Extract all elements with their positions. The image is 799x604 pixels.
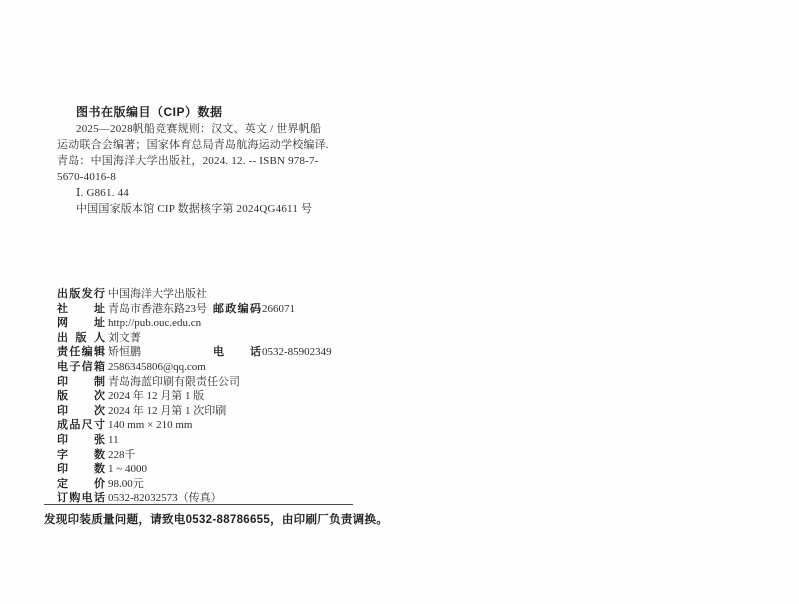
- colophon-value: 刘文菁: [108, 331, 141, 346]
- colophon-row: 印制青岛海蓝印刷有限责任公司: [57, 375, 437, 390]
- colophon-value: 1 ~ 4000: [108, 462, 147, 477]
- colophon-label: 版次: [57, 389, 105, 404]
- divider-rule: [44, 504, 353, 505]
- colophon-row: 网址http://pub.ouc.edu.cn: [57, 316, 437, 331]
- colophon-value: 2024 年 12 月第 1 版: [108, 389, 204, 404]
- colophon-value: 228千: [108, 448, 136, 463]
- colophon-value: 青岛海蓝印刷有限责任公司: [108, 375, 240, 390]
- colophon-value: 青岛市香港东路23号: [108, 302, 207, 317]
- colophon-label: 出版发行: [57, 287, 105, 302]
- cip-title: 图书在版编目（CIP）数据: [76, 103, 417, 121]
- colophon-label: 印制: [57, 375, 105, 390]
- colophon-row: 字数228千: [57, 448, 437, 463]
- colophon-row: 印数1 ~ 4000: [57, 462, 437, 477]
- colophon-label: 印张: [57, 433, 105, 448]
- cip-data-block: 图书在版编目（CIP）数据 2025—2028帆船竞赛规则：汉文、英文 / 世界…: [57, 103, 417, 217]
- colophon-row: 印次2024 年 12 月第 1 次印刷: [57, 404, 437, 419]
- colophon-row: 出版人刘文菁: [57, 331, 437, 346]
- colophon-row: 责任编辑矫恒鹏 电话 0532-85902349: [57, 345, 437, 360]
- colophon-value: 2586345806@qq.com: [108, 360, 206, 375]
- cip-line: 5670-4016-8: [57, 169, 417, 185]
- colophon-label: 电子信箱: [57, 360, 105, 375]
- colophon-row: 出版发行中国海洋大学出版社: [57, 287, 437, 302]
- quality-notice: 发现印装质量问题，请致电0532-88786655，由印刷厂负责调换。: [44, 513, 388, 528]
- copyright-page: 图书在版编目（CIP）数据 2025—2028帆船竞赛规则：汉文、英文 / 世界…: [0, 0, 799, 604]
- colophon-label: 定价: [57, 477, 105, 492]
- colophon-label: 责任编辑: [57, 345, 105, 360]
- colophon-row: 成品尺寸140 mm × 210 mm: [57, 418, 437, 433]
- colophon-value: 98.00元: [108, 477, 144, 492]
- colophon-block: 出版发行中国海洋大学出版社 社址青岛市香港东路23号 邮政编码 266071 网…: [57, 287, 437, 506]
- colophon-label: 出版人: [57, 331, 105, 346]
- colophon-label-2: 电话: [213, 345, 261, 360]
- colophon-value-2: 0532-85902349: [262, 345, 332, 360]
- colophon-label: 网址: [57, 316, 105, 331]
- colophon-row: 社址青岛市香港东路23号 邮政编码 266071: [57, 302, 437, 317]
- cip-line: 运动联合会编著；国家体育总局青岛航海运动学校编译.: [57, 137, 417, 153]
- cip-paragraph: 2025—2028帆船竞赛规则：汉文、英文 / 世界帆船运动联合会编著；国家体育…: [57, 121, 417, 217]
- colophon-row: 印张11: [57, 433, 437, 448]
- colophon-row: 定价98.00元: [57, 477, 437, 492]
- colophon-value-2: 266071: [262, 302, 295, 317]
- cip-line: 中国国家版本馆 CIP 数据核字第 2024QG4611 号: [57, 201, 417, 217]
- colophon-row: 版次2024 年 12 月第 1 版: [57, 389, 437, 404]
- colophon-value: 矫恒鹏: [108, 345, 141, 360]
- colophon-value: 140 mm × 210 mm: [108, 418, 192, 433]
- colophon-label: 字数: [57, 448, 105, 463]
- colophon-value: 2024 年 12 月第 1 次印刷: [108, 404, 226, 419]
- colophon-label: 成品尺寸: [57, 418, 105, 433]
- cip-line: 青岛：中国海洋大学出版社，2024. 12. -- ISBN 978-7-: [57, 153, 417, 169]
- colophon-row: 电子信箱2586345806@qq.com: [57, 360, 437, 375]
- cip-line: Ⅰ. G861. 44: [57, 185, 417, 201]
- colophon-value: 中国海洋大学出版社: [108, 287, 207, 302]
- cip-line: 2025—2028帆船竞赛规则：汉文、英文 / 世界帆船: [57, 121, 417, 137]
- colophon-value: http://pub.ouc.edu.cn: [108, 316, 201, 331]
- colophon-label: 印次: [57, 404, 105, 419]
- colophon-label: 印数: [57, 462, 105, 477]
- colophon-label: 社址: [57, 302, 105, 317]
- colophon-label-2: 邮政编码: [213, 302, 261, 317]
- colophon-value: 11: [108, 433, 119, 448]
